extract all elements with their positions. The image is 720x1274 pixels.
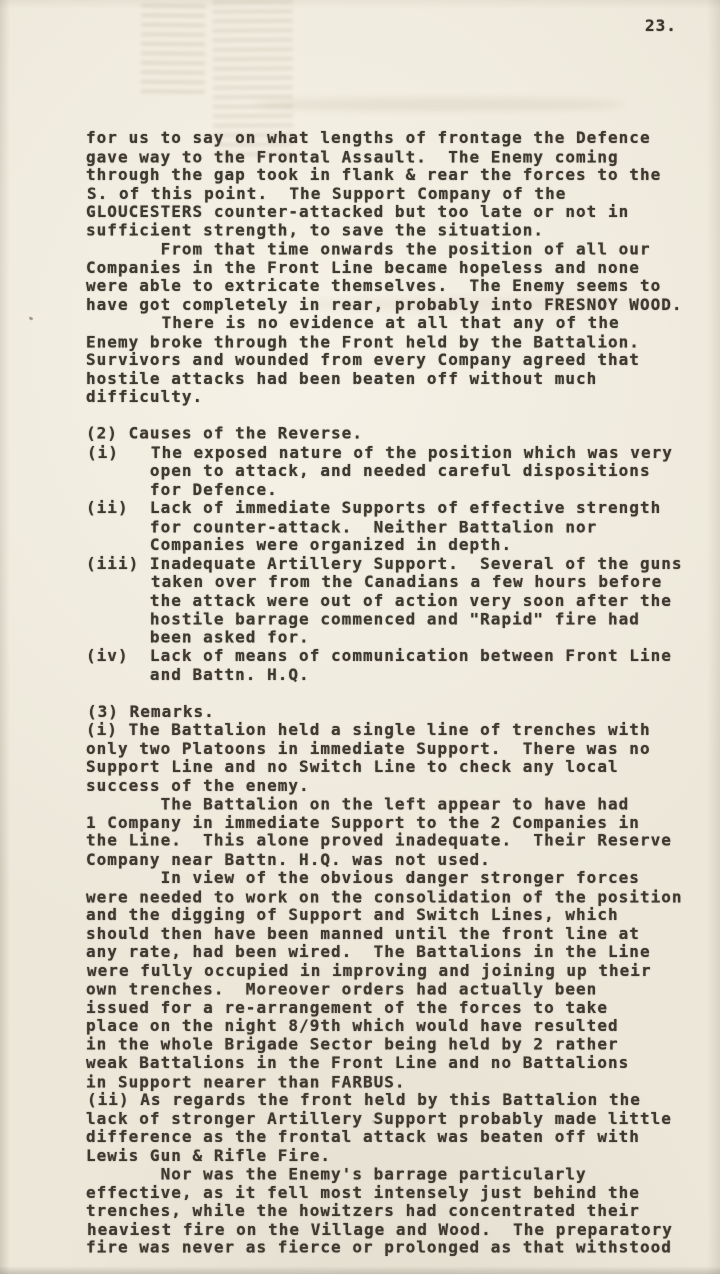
document-line: for counter-attack. Neither Battalion no… — [86, 518, 706, 537]
document-line: (2) Causes of the Reverse. — [86, 425, 706, 444]
document-line: in the whole Brigade Sector being held b… — [86, 1035, 706, 1054]
document-line: only two Platoons in immediate Support. … — [86, 740, 706, 759]
document-line: Survivors and wounded from every Company… — [86, 351, 706, 370]
document-line: (ii) Lack of immediate Supports of effec… — [86, 499, 706, 518]
document-line: were able to extricate themselves. The E… — [86, 277, 706, 296]
document-line: any rate, had been wired. The Battalions… — [86, 943, 706, 962]
document-line: (3) Remarks. — [87, 703, 707, 722]
document-line: have got completely in rear, probably in… — [86, 296, 706, 315]
document-line: GLOUCESTERS counter-attacked but too lat… — [86, 203, 706, 222]
document-line: the Line. This alone proved inadequate. … — [86, 832, 706, 851]
document-line: In view of the obvious danger stronger f… — [86, 869, 706, 888]
paper-smudge — [255, 98, 625, 111]
document-line: There is no evidence at all that any of … — [87, 314, 707, 333]
bleedthrough-ghost-text — [141, 4, 206, 99]
document-line — [86, 407, 706, 426]
document-line: were needed to work on the consolidation… — [86, 888, 706, 907]
document-line: for us to say on what lengths of frontag… — [86, 129, 706, 148]
document-line: difficulty. — [86, 388, 706, 407]
document-line: (i) The Battalion held a single line of … — [86, 721, 706, 740]
document-line: sufficient strength, to save the situati… — [86, 221, 706, 240]
document-line — [86, 684, 706, 703]
document-line: Support Line and no Switch Line to check… — [86, 758, 706, 777]
document-line: and Battn. H.Q. — [86, 666, 706, 685]
document-line: been asked for. — [86, 628, 706, 647]
document-line: lack of stronger Artillery Support proba… — [86, 1110, 706, 1129]
document-body: for us to say on what lengths of frontag… — [86, 129, 706, 1258]
page-number: 23. — [645, 16, 677, 35]
document-line: Companies were organized in depth. — [86, 536, 706, 555]
document-line: Lewis Gun & Rifle Fire. — [86, 1147, 706, 1166]
document-page: 23. for us to say on what lengths of fro… — [0, 0, 720, 1274]
document-line: Nor was the Enemy's barrage particularly — [86, 1166, 706, 1185]
document-line: gave way to the Frontal Assault. The Ene… — [86, 148, 706, 167]
document-line: heaviest fire on the Village and Wood. T… — [87, 1221, 707, 1240]
document-line: were fully occupied in improving and joi… — [87, 962, 707, 981]
document-line: Company near Battn. H.Q. was not used. — [86, 851, 706, 870]
document-line: should then have been manned until the f… — [86, 925, 706, 944]
document-line: in Support nearer than FARBUS. — [86, 1073, 706, 1092]
document-line: effective, as it fell most intensely jus… — [86, 1184, 706, 1203]
document-line: difference as the frontal attack was bea… — [86, 1128, 706, 1147]
document-line: the attack were out of action very soon … — [86, 592, 706, 611]
document-line: through the gap took in flank & rear the… — [86, 166, 706, 185]
document-line: hostile attacks had been beaten off with… — [86, 370, 706, 389]
document-line: (iv) Lack of means of communication betw… — [86, 647, 706, 666]
document-line: issued for a re-arrangement of the force… — [86, 999, 706, 1018]
document-line: S. of this point. The Support Company of… — [87, 185, 707, 204]
document-line: fire was never as fierce or prolonged as… — [86, 1239, 706, 1258]
document-line: taken over from the Canadians a few hour… — [87, 573, 707, 592]
document-line: own trenches. Moreover orders had actual… — [86, 981, 706, 1000]
document-line: success of the enemy. — [86, 777, 706, 796]
document-line: Enemy broke through the Front held by th… — [86, 333, 706, 352]
document-line: trenches, while the howitzers had concen… — [86, 1202, 706, 1221]
document-line: From that time onwards the position of a… — [86, 241, 706, 260]
document-line: The Battalion on the left appear to have… — [86, 796, 706, 815]
document-line: Companies in the Front Line became hopel… — [86, 259, 706, 278]
document-line: open to attack, and needed careful dispo… — [86, 462, 706, 481]
document-line: for Defence. — [86, 481, 706, 500]
document-line: (iii) Inadequate Artillery Support. Seve… — [86, 555, 706, 574]
document-line: and the digging of Support and Switch Li… — [86, 906, 706, 925]
document-line: place on the night 8/9th which would hav… — [86, 1017, 706, 1036]
document-line: (i) The exposed nature of the position w… — [87, 444, 707, 463]
paper-speck — [29, 316, 34, 321]
document-line: 1 Company in immediate Support to the 2 … — [86, 814, 706, 833]
document-line: weak Battalions in the Front Line and no… — [86, 1054, 706, 1073]
document-line: (ii) As regards the front held by this B… — [87, 1091, 707, 1110]
